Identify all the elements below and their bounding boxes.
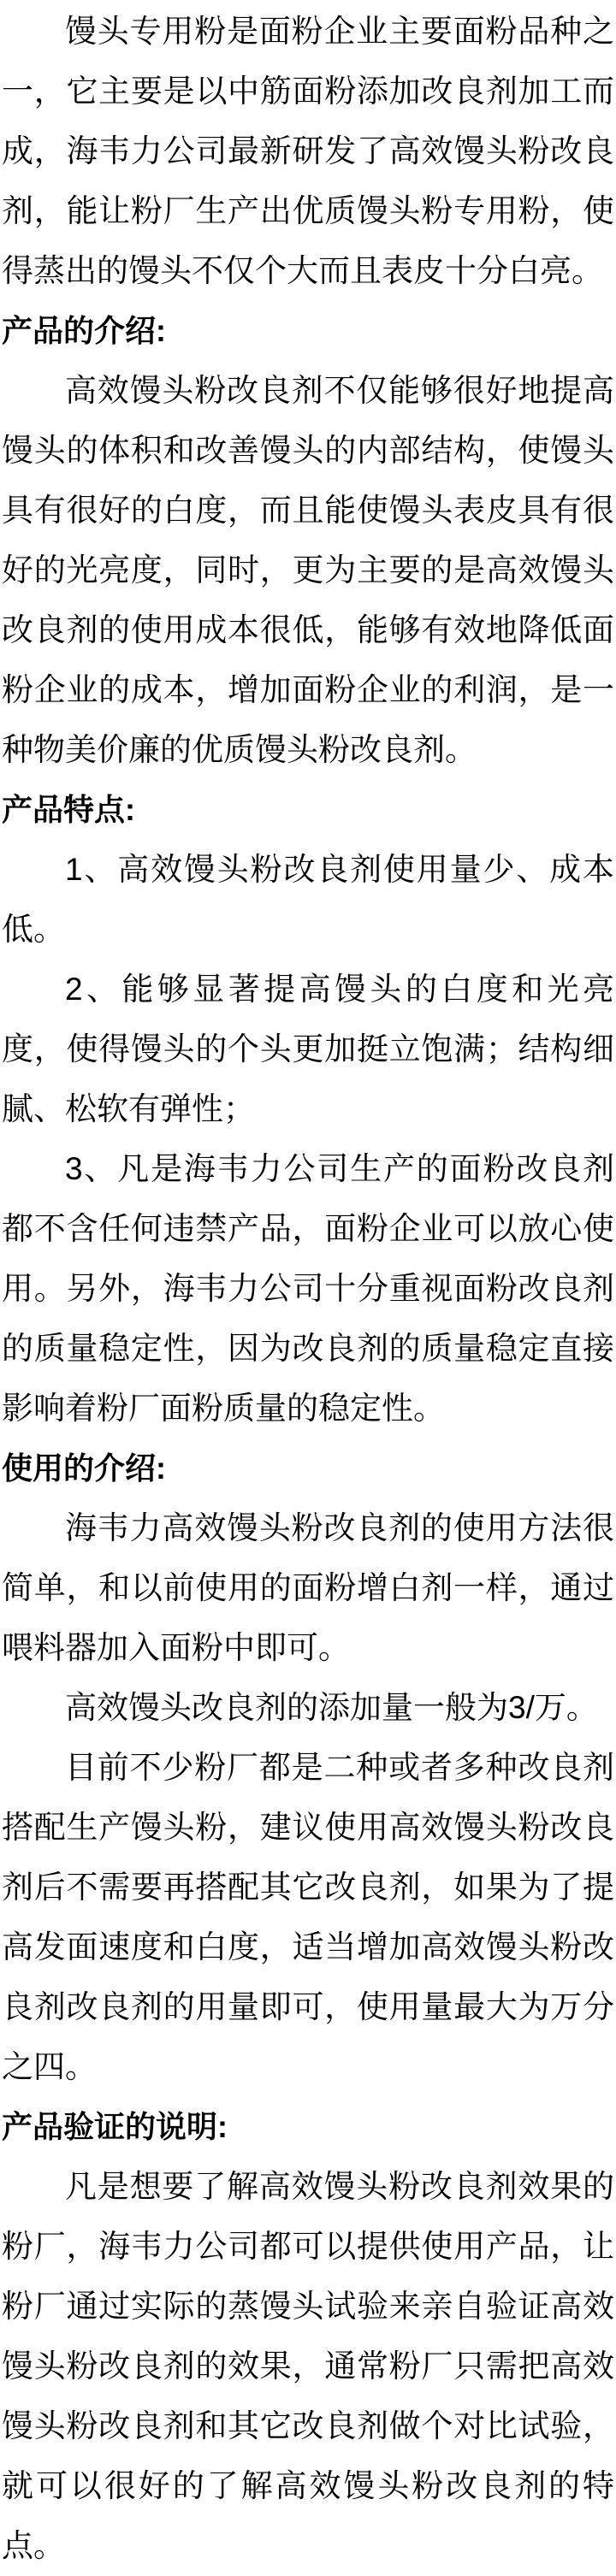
section-heading-product-intro: 产品的介绍:: [2, 301, 614, 361]
paragraph-verification: 凡是想要了解高效馒头粉改良剂效果的粉厂，海韦力公司都可以提供使用产品，让粉厂通过…: [2, 2157, 614, 2576]
paragraph-feature-2: 2、能够显著提高馒头的白度和光亮度，使得馒头的个头更加挺立饱满；结构细腻、松软有…: [2, 960, 614, 1139]
product-description-document: 馒头专用粉是面粉企业主要面粉品种之一，它主要是以中筋面粉添加改良剂加工而成，海韦…: [0, 0, 616, 2576]
paragraph-usage-method: 海韦力高效馒头粉改良剂的使用方法很简单，和以前使用的面粉增白剂一样，通过喂料器加…: [2, 1498, 614, 1678]
paragraph-product-intro: 高效馒头粉改良剂不仅能够很好地提高馒头的体积和改善馒头的内部结构，使馒头具有很好…: [2, 361, 614, 780]
section-heading-usage: 使用的介绍:: [2, 1439, 614, 1498]
section-heading-product-features: 产品特点:: [2, 780, 614, 840]
paragraph-usage-dosage: 高效馒头改良剂的添加量一般为3/万。: [2, 1678, 614, 1738]
paragraph-feature-3: 3、凡是海韦力公司生产的面粉改良剂都不含任何违禁产品，面粉企业可以放心使用。另外…: [2, 1139, 614, 1439]
intro-paragraph: 馒头专用粉是面粉企业主要面粉品种之一，它主要是以中筋面粉添加改良剂加工而成，海韦…: [2, 2, 614, 301]
paragraph-usage-combination: 目前不少粉厂都是二种或者多种改良剂搭配生产馒头粉，建议使用高效馒头粉改良剂后不需…: [2, 1738, 614, 2097]
paragraph-feature-1: 1、高效馒头粉改良剂使用量少、成本低。: [2, 840, 614, 960]
section-heading-verification: 产品验证的说明:: [2, 2097, 614, 2157]
